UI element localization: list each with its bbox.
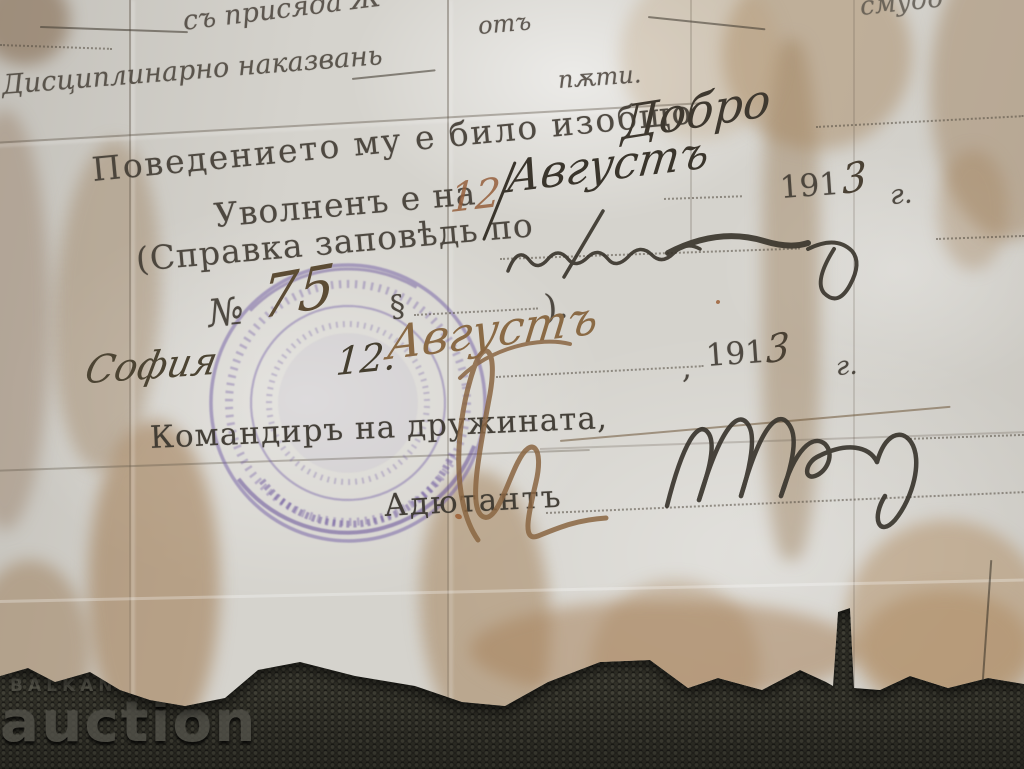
hw-order-number: 75 [260,250,338,333]
number-sign: № [206,288,246,336]
document-paper: съ присяда Ж отъ смудо Дисциплинарно нак… [0,0,1024,769]
discipline-value: пѫти. [557,60,642,94]
photo-scene: BALKAN auction [0,0,1024,769]
paper-wrapper: съ присяда Ж отъ смудо Дисциплинарно нак… [0,0,1024,769]
fold-crease-vertical [853,0,855,690]
oath-from-word: отъ [477,7,532,40]
signature-commander [420,330,630,565]
water-stain [470,600,860,700]
discharge-year-printed: 191 [779,166,841,206]
water-stain [88,420,220,750]
dotted-line [664,195,742,200]
water-stain [0,110,50,530]
water-stain [938,150,1008,270]
water-stain [0,560,90,750]
hw-year-digit: 3 [766,323,790,372]
water-stain [0,0,70,65]
signature-large [655,378,1020,553]
oath-line-text: съ присяда Ж [181,0,382,37]
water-stain [860,590,1024,700]
hw-reference-scrawl [498,205,893,310]
hw-discharge-year-digit: 3 [841,152,868,204]
place-date-year-printed: 191 [705,334,767,374]
